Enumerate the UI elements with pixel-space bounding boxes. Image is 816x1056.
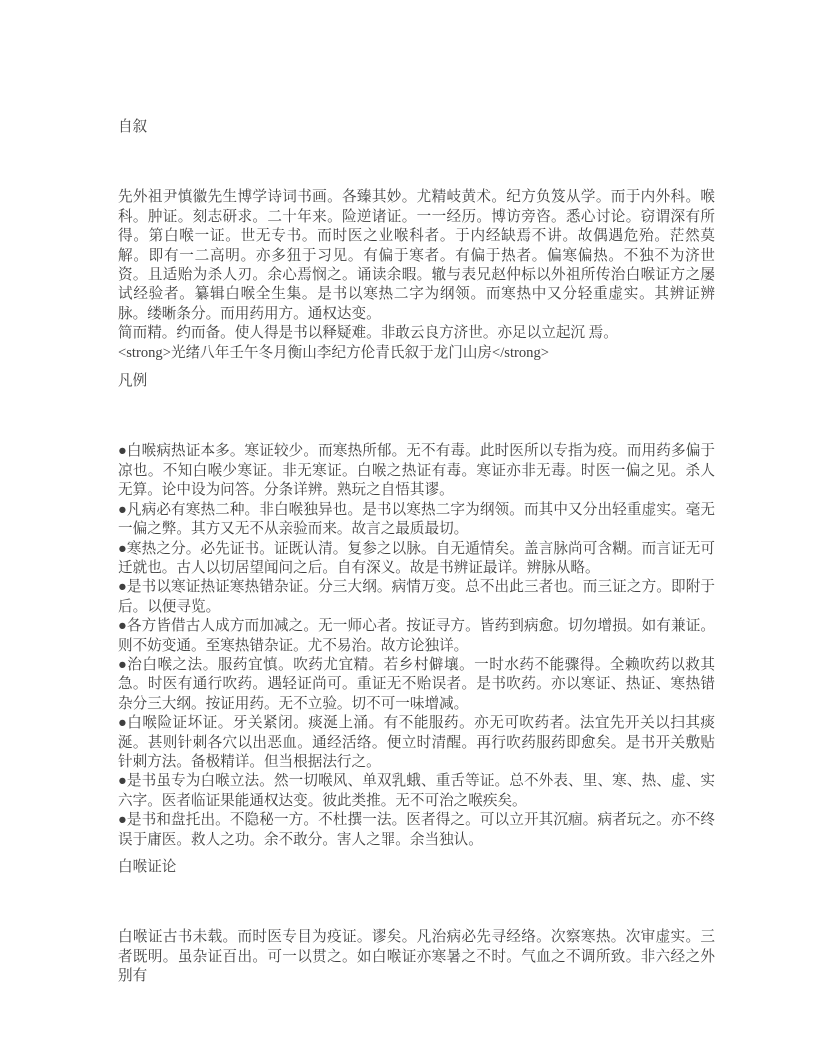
fanli-item: ●是书虽专为白喉立法。然一切喉风、单双乳蛾、重舌等证。总不外表、里、寒、热、虚、… [118,772,715,811]
preface-heading: 自叙 [118,118,715,137]
fanli-item: ●是书以寒证热证寒热错杂证。分三大纲。病情万变。总不出此三者也。而三证之方。即附… [118,578,715,617]
document-page: 自叙 先外祖尹慎徽先生博学诗词书画。各臻其妙。尤精岐黄术。纪方负笈从学。而于内外… [0,0,816,1056]
fanli-item: ●治白喉之法。服药宜慎。吹药尤宜精。若乡村僻壤。一时水药不能骤得。全赖吹药以救其… [118,656,715,714]
fanli-item: ●白喉病热证本多。寒证较少。而寒热所郁。无不有毒。此时医所以专指为疫。而用药多偏… [118,442,715,500]
fanli-item: ●是书和盘托出。不隐秘一方。不杜撰一法。医者得之。可以立开其沉痼。病者玩之。亦不… [118,811,715,850]
zhenglun-paragraph: 白喉证古书未载。而时医专目为疫证。谬矣。凡治病必先寻经络。次察寒热。次审虚实。三… [118,928,715,986]
fanli-item: ●凡病必有寒热二种。非白喉独异也。是书以寒热二字为纲领。而其中又分出轻重虚实。毫… [118,501,715,540]
fanli-list: ●白喉病热证本多。寒证较少。而寒热所郁。无不有毒。此时医所以专指为疫。而用药多偏… [118,442,715,850]
zhenglun-heading: 白喉证论 [118,858,715,877]
fanli-item: ●白喉险证坏证。牙关紧闭。痰涎上涌。有不能服药。亦无可吹药者。法宜先开关以扫其痰… [118,714,715,772]
fanli-item: ●寒热之分。必先证书。证既认清。复参之以脉。自无遁情矣。盖言脉尚可含糊。而言证无… [118,540,715,579]
preface-paragraph: 先外祖尹慎徽先生博学诗词书画。各臻其妙。尤精岐黄术。纪方负笈从学。而于内外科。喉… [118,188,715,324]
preface-closing-line: 简而精。约而备。使人得是书以释疑难。非敢云良方济世。亦足以立起沉 焉。 [118,324,715,343]
fanli-heading: 凡例 [118,372,715,391]
preface-signature-line: <strong>光绪八年壬午冬月衡山李纪方伦青氏叙于龙门山房</strong> [118,344,715,363]
fanli-item: ●各方皆借古人成方而加减之。无一师心者。按证寻方。皆药到病愈。切勿增损。如有兼证… [118,617,715,656]
